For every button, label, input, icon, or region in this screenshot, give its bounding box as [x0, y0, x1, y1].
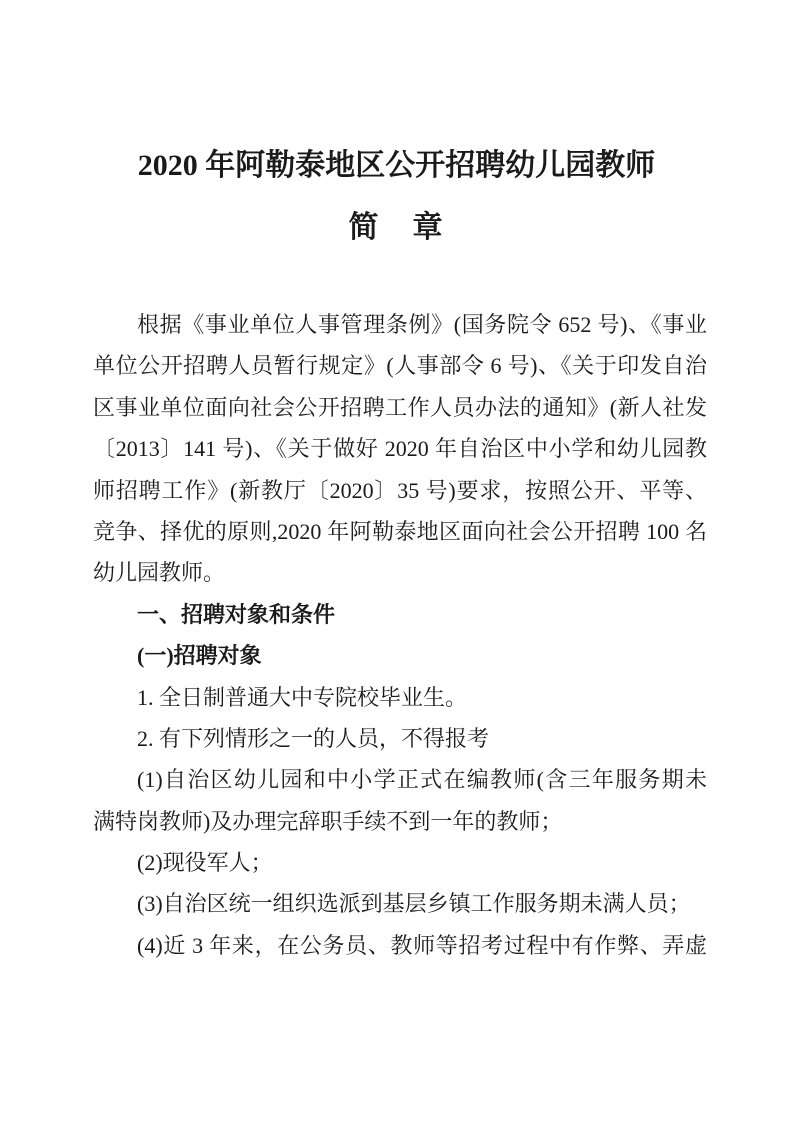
disqualification-4: (4)近 3 年来，在公务员、教师等招考过程中有作弊、弄虚 — [93, 925, 707, 966]
document-subtitle: 简 章 — [0, 208, 793, 248]
list-item-1: 1. 全日制普通大中专院校毕业生。 — [93, 677, 707, 718]
section-heading: 一、招聘对象和条件 — [93, 594, 707, 635]
intro-line-6: 竞争、择优的原则,2020 年阿勒泰地区面向社会公开招聘 100 名 — [93, 511, 707, 552]
section-subheading: (一)招聘对象 — [93, 635, 707, 676]
intro-line-5: 师招聘工作》(新教厅〔2020〕35 号)要求，按照公开、平等、 — [93, 470, 707, 511]
disqualification-3: (3)自治区统一组织选派到基层乡镇工作服务期未满人员； — [93, 883, 707, 924]
intro-line-3: 区事业单位面向社会公开招聘工作人员办法的通知》(新人社发 — [93, 387, 707, 428]
intro-line-4: 〔2013〕141 号)、《关于做好 2020 年自治区中小学和幼儿园教 — [93, 428, 707, 469]
document-body: 根据《事业单位人事管理条例》(国务院令 652 号)、《事业 单位公开招聘人员暂… — [93, 304, 707, 966]
intro-line-2: 单位公开招聘人员暂行规定》(人事部令 6 号)、《关于印发自治 — [93, 345, 707, 386]
disqualification-1-line-1: (1)自治区幼儿园和中小学正式在编教师(含三年服务期未 — [93, 759, 707, 800]
document-title: 2020 年阿勒泰地区公开招聘幼儿园教师 — [0, 146, 793, 186]
disqualification-2: (2)现役军人； — [93, 842, 707, 883]
document-page: 2020 年阿勒泰地区公开招聘幼儿园教师 简 章 根据《事业单位人事管理条例》(… — [0, 0, 793, 1122]
intro-line-7: 幼儿园教师。 — [93, 552, 707, 593]
list-item-2: 2. 有下列情形之一的人员，不得报考 — [93, 718, 707, 759]
disqualification-1-line-2: 满特岗教师)及办理完辞职手续不到一年的教师； — [93, 801, 707, 842]
intro-line-1: 根据《事业单位人事管理条例》(国务院令 652 号)、《事业 — [93, 304, 707, 345]
